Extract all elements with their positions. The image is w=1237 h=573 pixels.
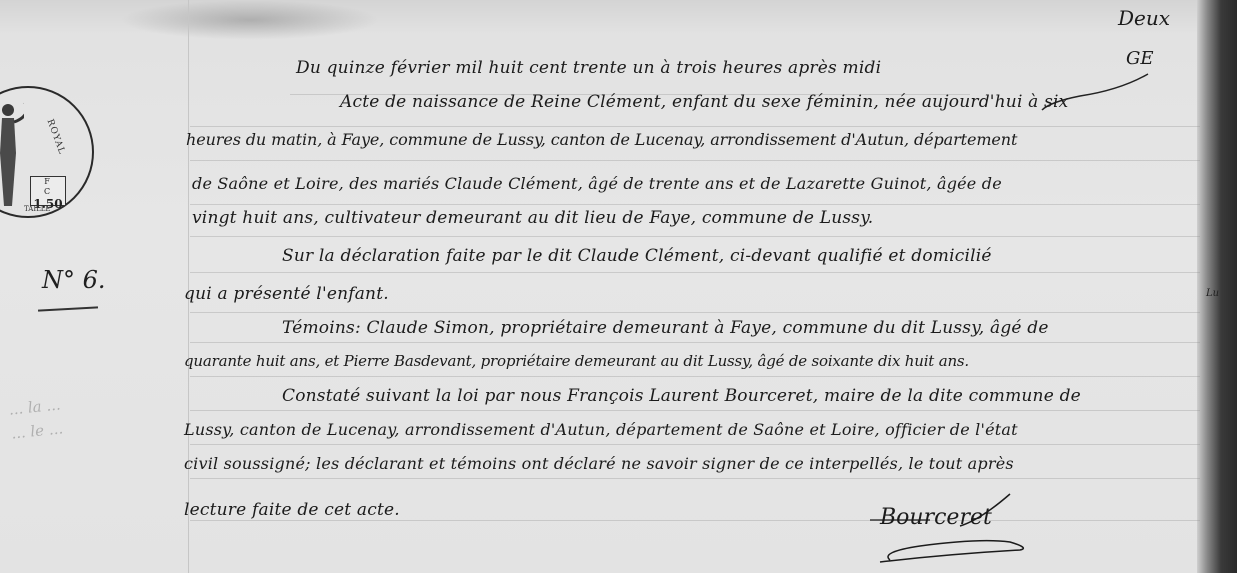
ruled-line — [190, 272, 1200, 273]
ruled-line — [190, 520, 1200, 521]
stamp-bottom-text: TAILLE — [24, 205, 51, 213]
ruled-line — [190, 236, 1200, 237]
text-line-9: quarante huit ans, et Pierre Basdevant, … — [184, 352, 969, 370]
text-line-11: Lussy, canton de Lucenay, arrondissement… — [184, 420, 1018, 439]
margin-note-top: Deux — [1118, 6, 1170, 30]
scan-shadow — [120, 0, 380, 40]
ruled-line — [190, 160, 1200, 161]
record-number: N° 6. — [42, 266, 106, 294]
text-line-10: Constaté suivant la loi par nous Françoi… — [282, 386, 1081, 406]
allegorical-figure-icon — [0, 98, 24, 210]
mayor-signature: Bourceret — [880, 505, 992, 530]
text-line-5: vingt huit ans, cultivateur demeurant au… — [192, 208, 873, 228]
text-line-8: Témoins: Claude Simon, propriétaire deme… — [282, 318, 1049, 338]
edge-note: Lu — [1206, 288, 1219, 299]
ruled-line — [190, 312, 1200, 313]
text-line-13: lecture faite de cet acte. — [184, 500, 400, 520]
ruled-line — [190, 204, 1200, 205]
signature-flourish-icon — [860, 490, 1040, 570]
ruled-line — [190, 126, 1200, 127]
text-line-7: qui a présenté l'enfant. — [184, 284, 389, 304]
bleed-line: ... le ... — [10, 416, 64, 445]
ruled-line — [190, 410, 1200, 411]
stamp-legend: ROYAL — [45, 118, 67, 156]
ruled-line — [190, 376, 1200, 377]
text-line-3: heures du matin, à Faye, commune de Luss… — [186, 130, 1017, 149]
stamp-currency: F C — [35, 177, 65, 197]
fiscal-stamp: ROYAL F C 1.50 TAILLE — [0, 86, 94, 218]
stamp-value-box: F C 1.50 — [30, 176, 66, 206]
bleed-through-text: ... la ... ... le ... — [8, 392, 65, 445]
text-line-1: Du quinze février mil huit cent trente u… — [296, 58, 881, 78]
text-line-6: Sur la déclaration faite par le dit Clau… — [282, 246, 992, 266]
ruled-line — [190, 342, 1200, 343]
text-line-12: civil soussigné; les déclarant et témoin… — [184, 454, 1014, 473]
record-number-underline — [38, 306, 98, 311]
text-line-4: de Saône et Loire, des mariés Claude Clé… — [192, 174, 1002, 193]
margin-initials: GE — [1126, 48, 1154, 69]
ruled-line — [190, 478, 1200, 479]
ruled-line — [190, 444, 1200, 445]
text-line-2: Acte de naissance de Reine Clément, enfa… — [340, 92, 1068, 112]
document-page: ROYAL F C 1.50 TAILLE N° 6. ... la ... .… — [0, 0, 1237, 573]
binding-edge — [1197, 0, 1237, 573]
